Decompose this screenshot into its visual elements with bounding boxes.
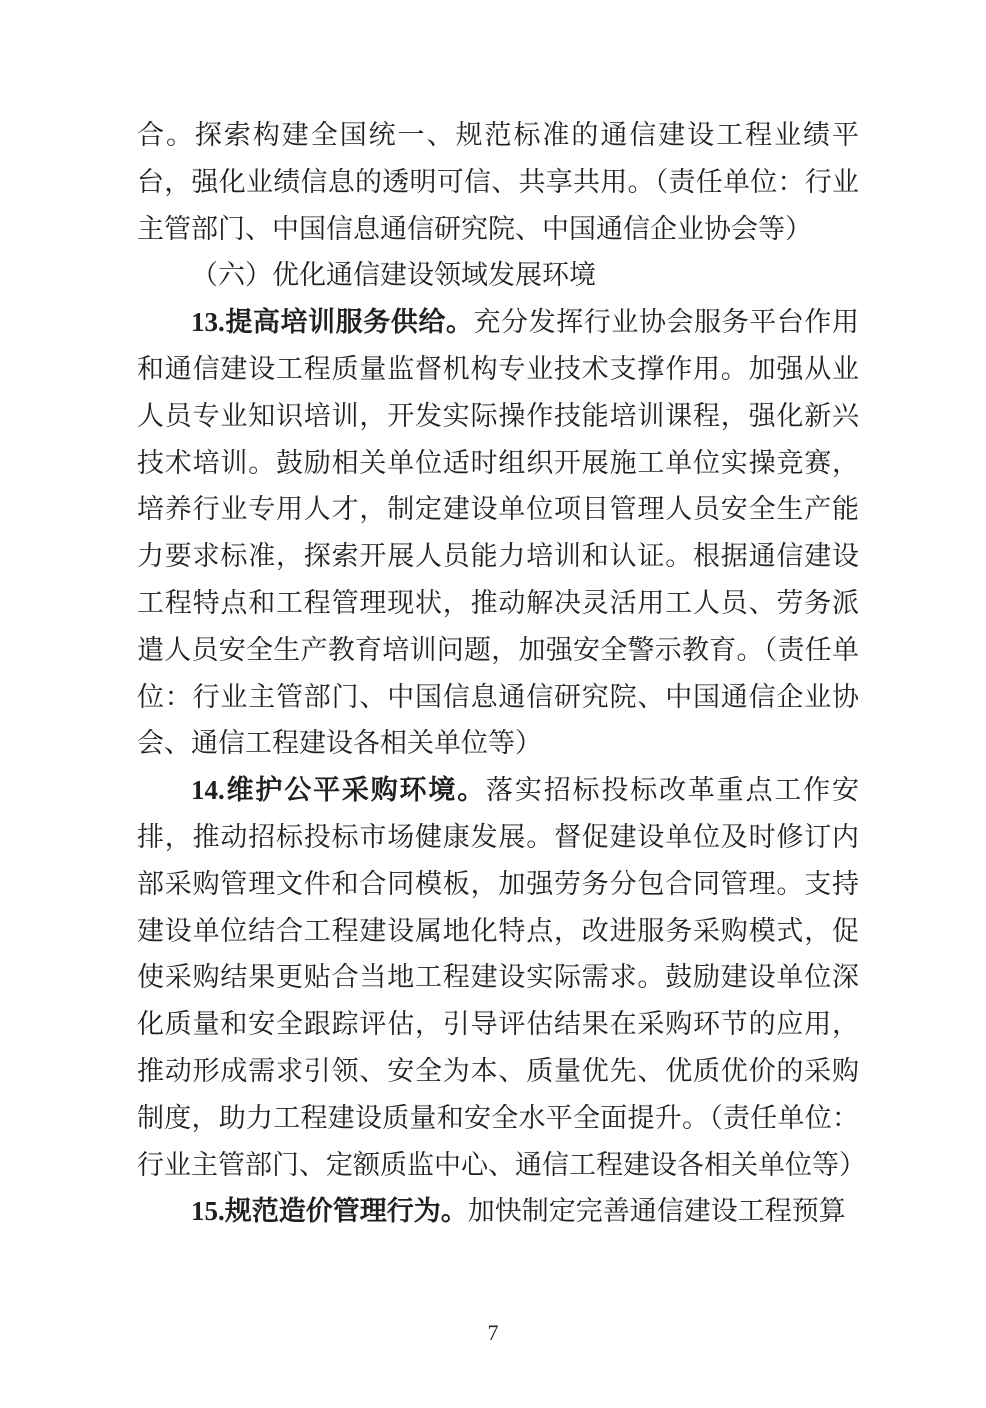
bold-lead-run: 15.规范造价管理行为。	[191, 1196, 468, 1226]
section-heading-6: （六）优化通信建设领域发展环境	[137, 252, 859, 299]
page-number: 7	[488, 1320, 499, 1345]
paragraph-13: 13.提高培训服务供给。充分发挥行业协会服务平台作用和通信建设工程质量监督机构专…	[137, 299, 859, 767]
text-run: 充分发挥行业协会服务平台作用和通信建设工程质量监督机构专业技术支撑作用。加强从业…	[137, 307, 859, 758]
paragraph-continuation: 合。探索构建全国统一、规范标准的通信建设工程业绩平台，强化业绩信息的透明可信、共…	[137, 112, 859, 252]
bold-lead-run: 13.提高培训服务供给。	[191, 307, 474, 337]
text-run: 加快制定完善通信建设工程预算	[468, 1196, 846, 1226]
text-run: （六）优化通信建设领域发展环境	[191, 260, 596, 290]
document-page: 合。探索构建全国统一、规范标准的通信建设工程业绩平台，强化业绩信息的透明可信、共…	[0, 0, 986, 1408]
bold-lead-run: 14.维护公平采购环境。	[191, 775, 486, 805]
paragraph-15: 15.规范造价管理行为。加快制定完善通信建设工程预算	[137, 1188, 859, 1235]
text-run: 落实招标投标改革重点工作安排，推动招标投标市场健康发展。督促建设单位及时修订内部…	[137, 775, 866, 1179]
document-body: 合。探索构建全国统一、规范标准的通信建设工程业绩平台，强化业绩信息的透明可信、共…	[137, 112, 859, 1235]
page-footer: 7	[0, 1318, 986, 1348]
paragraph-14: 14.维护公平采购环境。落实招标投标改革重点工作安排，推动招标投标市场健康发展。…	[137, 767, 859, 1188]
text-run: 合。探索构建全国统一、规范标准的通信建设工程业绩平台，强化业绩信息的透明可信、共…	[137, 120, 859, 244]
